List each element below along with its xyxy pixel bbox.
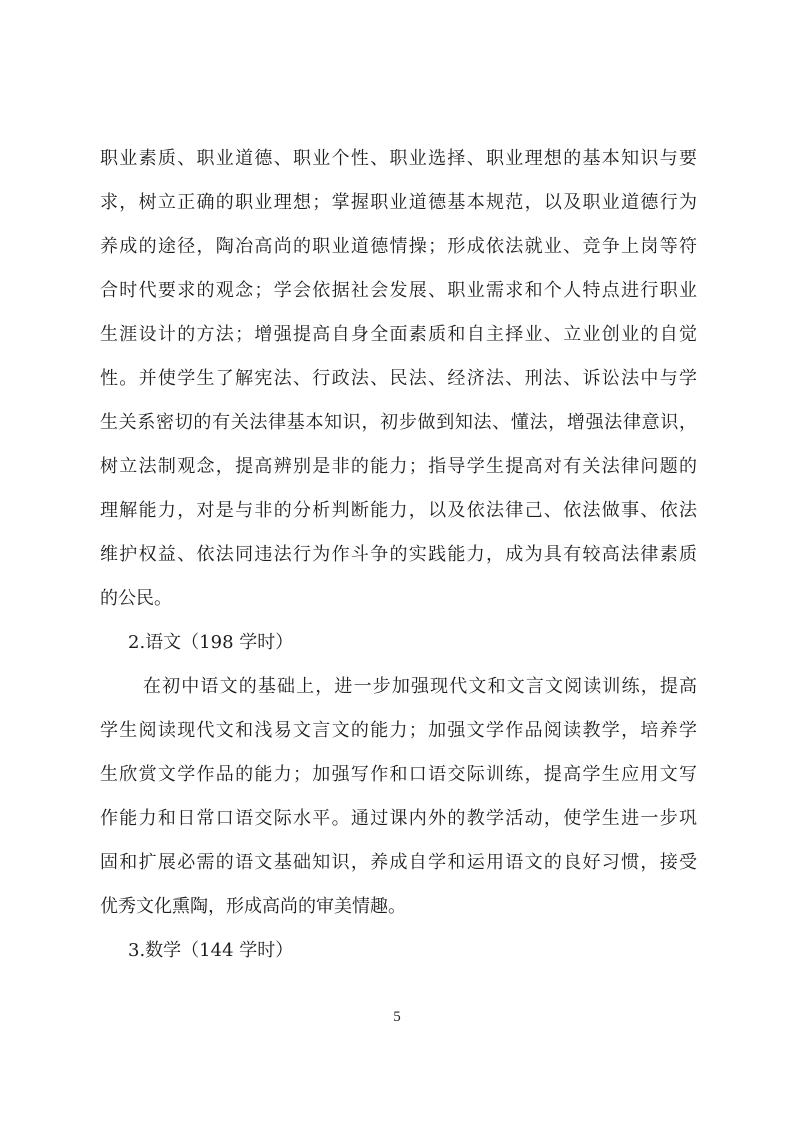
text-line: 养成的途径，陶冶高尚的职业道德情操；形成依法就业、竞争上岗等符 xyxy=(100,225,697,269)
text-line: 维护权益、依法同违法行为作斗争的实践能力，成为具有较高法律素质 xyxy=(100,533,697,577)
text-line: 作能力和日常口语交际水平。通过课内外的教学活动，使学生进一步巩 xyxy=(100,797,697,841)
text-line: 固和扩展必需的语文基础知识，养成自学和运用语文的良好习惯，接受 xyxy=(100,841,697,885)
section-heading-math: 3.数学（144 学时） xyxy=(100,929,697,973)
text-line: 学生阅读现代文和浅易文言文的能力；加强文学作品阅读教学，培养学 xyxy=(100,709,697,753)
text-line: 生欣赏文学作品的能力；加强写作和口语交际训练，提高学生应用文写 xyxy=(100,753,697,797)
text-line: 树立法制观念，提高辨别是非的能力；指导学生提高对有关法律问题的 xyxy=(100,445,697,489)
document-page: 职业素质、职业道德、职业个性、职业选择、职业理想的基本知识与要 求，树立正确的职… xyxy=(0,0,794,1122)
text-block: 职业素质、职业道德、职业个性、职业选择、职业理想的基本知识与要 求，树立正确的职… xyxy=(100,137,697,973)
text-line: 生关系密切的有关法律基本知识，初步做到知法、懂法，增强法律意识， xyxy=(100,401,697,445)
text-line: 优秀文化熏陶，形成高尚的审美情趣。 xyxy=(100,885,697,929)
text-line: 合时代要求的观念；学会依据社会发展、职业需求和个人特点进行职业 xyxy=(100,269,697,313)
text-line: 求，树立正确的职业理想；掌握职业道德基本规范，以及职业道德行为 xyxy=(100,181,697,225)
text-line: 生涯设计的方法；增强提高自身全面素质和自主择业、立业创业的自觉 xyxy=(100,313,697,357)
text-line: 职业素质、职业道德、职业个性、职业选择、职业理想的基本知识与要 xyxy=(100,137,697,181)
text-line: 性。并使学生了解宪法、行政法、民法、经济法、刑法、诉讼法中与学 xyxy=(100,357,697,401)
section-heading-chinese: 2.语文（198 学时） xyxy=(100,621,697,665)
text-line: 的公民。 xyxy=(100,577,697,621)
page-number: 5 xyxy=(0,1006,794,1028)
text-line: 在初中语文的基础上，进一步加强现代文和文言文阅读训练，提高 xyxy=(100,665,697,709)
text-line: 理解能力，对是与非的分析判断能力，以及依法律己、依法做事、依法 xyxy=(100,489,697,533)
